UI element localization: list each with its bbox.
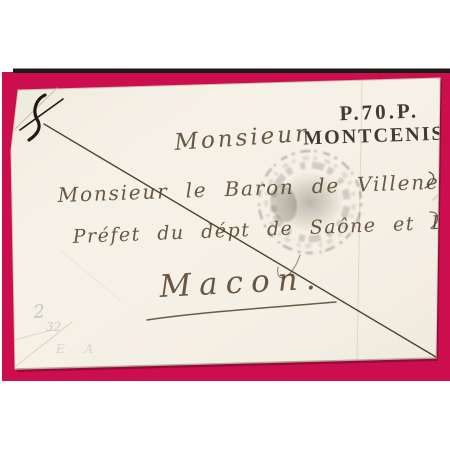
- pencil-mark-1: 2: [32, 301, 46, 323]
- pencil-mark-3: E A: [55, 342, 101, 356]
- cover-photo: P.70.P. MONTCENIS Monsieur Monsieur le B…: [0, 0, 450, 450]
- pencil-mark-2: 32: [46, 320, 61, 334]
- photo-frame: P.70.P. MONTCENIS Monsieur Monsieur le B…: [0, 0, 450, 450]
- mat-top-shadow: [13, 69, 450, 74]
- postmark-line1: P.70.P.: [339, 98, 419, 125]
